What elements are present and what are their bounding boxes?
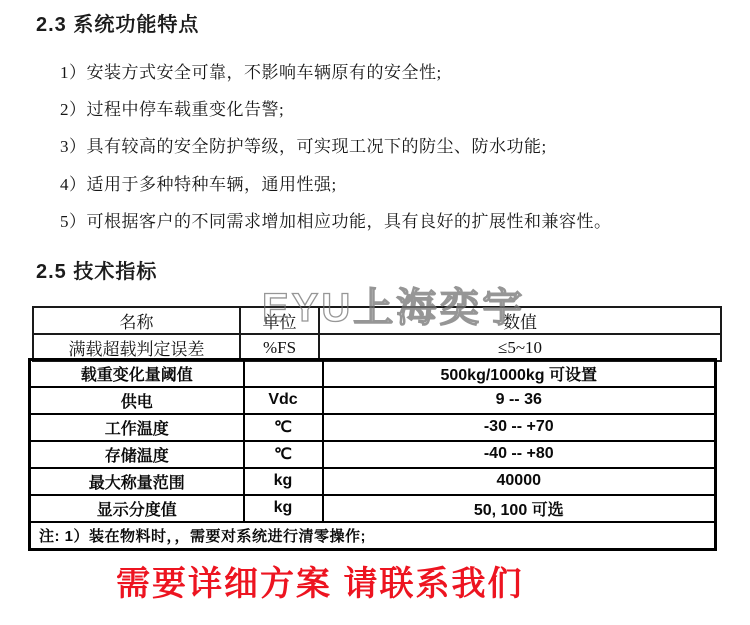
table-row: 显示分度值 kg 50, 100 可选 xyxy=(30,495,716,522)
cell-unit: kg xyxy=(244,495,323,522)
table-row: 最大称量范围 kg 40000 xyxy=(30,468,716,495)
cell-unit xyxy=(244,360,323,387)
table-row: 载重变化量阈值 500kg/1000kg 可设置 xyxy=(30,360,716,387)
cell-name: 供电 xyxy=(30,387,244,414)
cell-value: -30 -- +70 xyxy=(323,414,716,441)
cell-unit: kg xyxy=(244,468,323,495)
cell-name: 显示分度值 xyxy=(30,495,244,522)
cell-name: 存储温度 xyxy=(30,441,244,468)
table-header-row: 名称 单位 数值 xyxy=(33,307,721,334)
contact-callout: 需要详细方案 请联系我们 xyxy=(116,556,523,605)
cell-value: 9 -- 36 xyxy=(323,387,716,414)
cell-unit: ℃ xyxy=(244,441,323,468)
cell-unit: %FS xyxy=(240,334,319,361)
header-name: 名称 xyxy=(33,307,240,334)
specs-table-main-part: 载重变化量阈值 500kg/1000kg 可设置 供电 Vdc 9 -- 36 … xyxy=(28,358,717,551)
table-note: 注: 1）装在物料时，，需要对系统进行清零操作; xyxy=(30,522,716,550)
cell-value: 40000 xyxy=(323,468,716,495)
table-note-row: 注: 1）装在物料时，，需要对系统进行清零操作; xyxy=(30,522,716,550)
document-page: 2.3 系统功能特点 1）安装方式安全可靠，不影响车辆原有的安全性; 2）过程中… xyxy=(0,0,750,625)
cell-name: 最大称量范围 xyxy=(30,468,244,495)
cell-name: 工作温度 xyxy=(30,414,244,441)
cell-name: 载重变化量阈值 xyxy=(30,360,244,387)
section-2-5-heading: 2.5 技术指标 xyxy=(36,255,157,284)
cell-value: ≤5~10 xyxy=(319,334,721,361)
table-row: 工作温度 ℃ -30 -- +70 xyxy=(30,414,716,441)
header-value: 数值 xyxy=(319,307,721,334)
table-row: 供电 Vdc 9 -- 36 xyxy=(30,387,716,414)
feature-item-5: 5）可根据客户的不同需求增加相应功能，具有良好的扩展性和兼容性。 xyxy=(60,207,612,232)
feature-item-1: 1）安装方式安全可靠，不影响车辆原有的安全性; xyxy=(60,58,442,83)
table-row: 满载超载判定误差 %FS ≤5~10 xyxy=(33,334,721,361)
section-2-3-heading: 2.3 系统功能特点 xyxy=(36,8,199,37)
cell-value: -40 -- +80 xyxy=(323,441,716,468)
cell-name: 满载超载判定误差 xyxy=(33,334,240,361)
cell-unit: Vdc xyxy=(244,387,323,414)
header-unit: 单位 xyxy=(240,307,319,334)
feature-item-3: 3）具有较高的安全防护等级，可实现工况下的防尘、防水功能; xyxy=(60,132,547,157)
feature-item-4: 4）适用于多种特种车辆，通用性强; xyxy=(60,170,337,195)
table-row: 存储温度 ℃ -40 -- +80 xyxy=(30,441,716,468)
cell-value: 500kg/1000kg 可设置 xyxy=(323,360,716,387)
feature-item-2: 2）过程中停车载重变化告警; xyxy=(60,95,284,120)
specs-table-header-part: 名称 单位 数值 满载超载判定误差 %FS ≤5~10 xyxy=(32,306,722,362)
cell-value: 50, 100 可选 xyxy=(323,495,716,522)
cell-unit: ℃ xyxy=(244,414,323,441)
